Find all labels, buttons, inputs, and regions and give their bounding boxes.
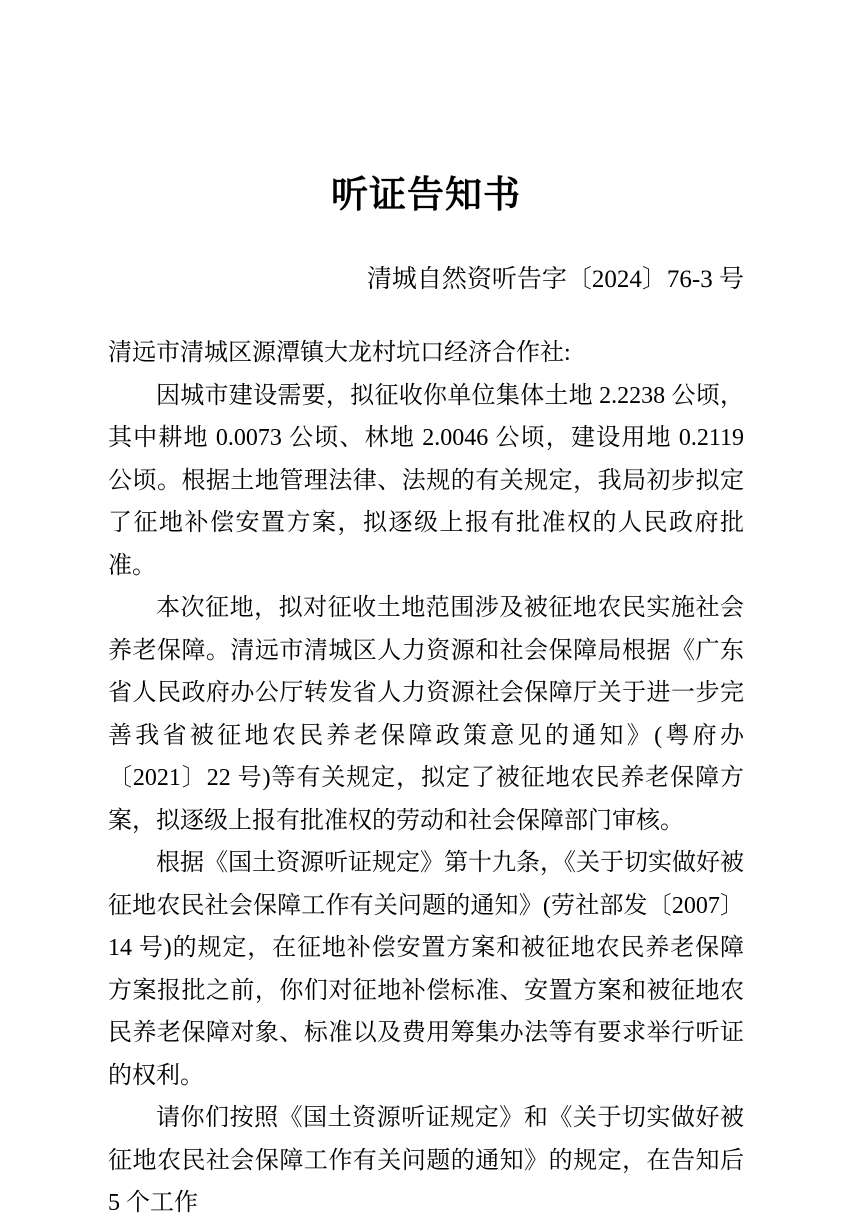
- document-body: 清远市清城区源潭镇大龙村坑口经济合作社: 因城市建设需要，拟征收你单位集体土地 …: [108, 332, 744, 1225]
- body-paragraph: 请你们按照《国土资源听证规定》和《关于切实做好被征地农民社会保障工作有关问题的通…: [108, 1097, 744, 1225]
- body-paragraph: 因城市建设需要，拟征收你单位集体土地 2.2238 公顷，其中耕地 0.0073…: [108, 375, 744, 588]
- document-number: 清城自然资听告字〔2024〕76-3 号: [108, 265, 744, 295]
- document-title: 听证告知书: [108, 176, 744, 216]
- body-paragraph: 本次征地，拟对征收土地范围涉及被征地农民实施社会养老保障。清远市清城区人力资源和…: [108, 587, 744, 842]
- addressee-line: 清远市清城区源潭镇大龙村坑口经济合作社:: [108, 332, 744, 375]
- body-paragraph: 根据《国土资源听证规定》第十九条，《关于切实做好被征地农民社会保障工作有关问题的…: [108, 842, 744, 1097]
- document-page: 听证告知书 清城自然资听告字〔2024〕76-3 号 清远市清城区源潭镇大龙村坑…: [0, 0, 850, 1228]
